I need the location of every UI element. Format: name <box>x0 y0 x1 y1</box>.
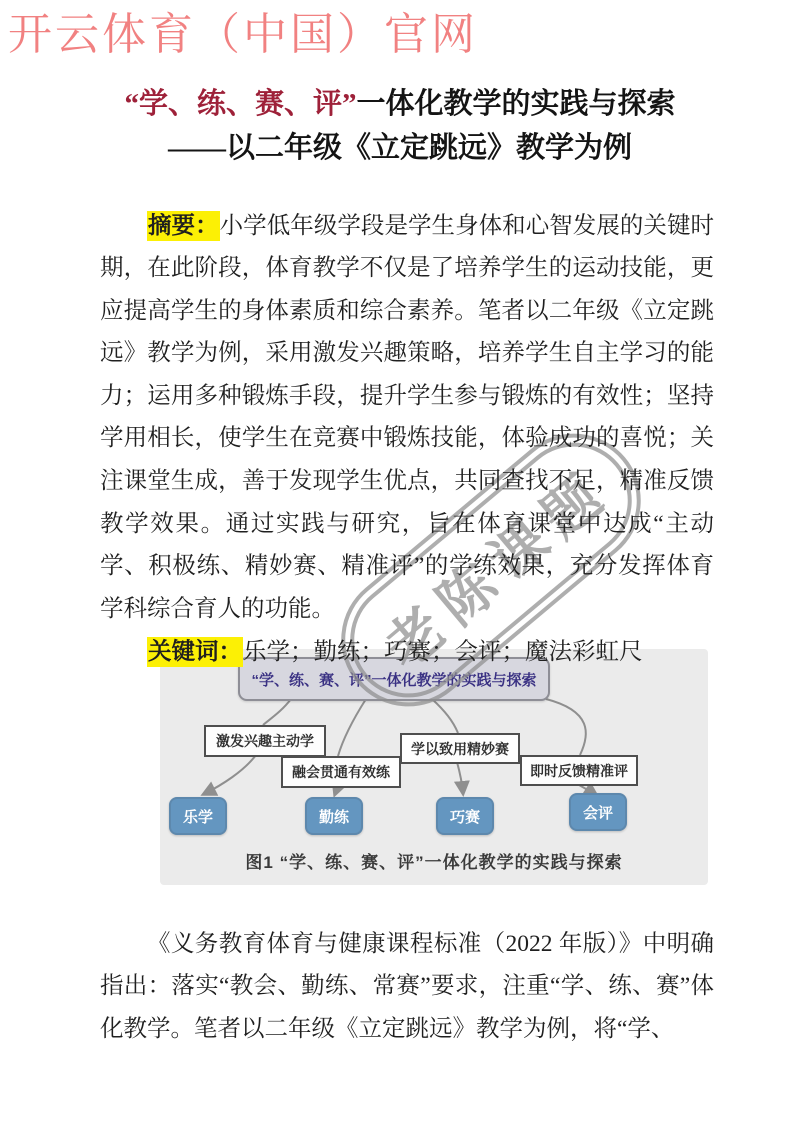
flowchart-outcome-node-1: 乐学 <box>169 797 227 835</box>
document-page: 开云体育（中国）官网 “学、练、赛、评”一体化教学的实践与探索 ——以二年级《立… <box>0 0 800 1131</box>
flowchart-strategy-node-3: 学以致用精妙赛 <box>400 733 520 764</box>
keywords-paragraph: 关键词：乐学；勤练；巧赛；会评；魔法彩虹尺 <box>100 631 714 674</box>
paper-title: “学、练、赛、评”一体化教学的实践与探索 ——以二年级《立定跳远》教学为例 <box>92 82 708 170</box>
title-rest-part: 一体化教学的实践与探索 <box>357 88 676 120</box>
title-quoted-part: “学、练、赛、评” <box>124 88 356 120</box>
abstract-label-highlight: 摘要： <box>147 211 220 241</box>
flowchart-strategy-node-1: 激发兴趣主动学 <box>204 725 326 757</box>
keywords-text: 乐学；勤练；巧赛；会评；魔法彩虹尺 <box>243 639 643 665</box>
abstract-text: 小学低年级学段是学生身体和心智发展的关键时期，在此阶段，体育教学不仅是了培养学生… <box>100 213 714 622</box>
site-watermark-link[interactable]: 开云体育（中国）官网 <box>8 0 478 62</box>
flowchart-strategy-node-2: 融会贯通有效练 <box>281 756 401 788</box>
title-line-1: “学、练、赛、评”一体化教学的实践与探索 <box>92 82 708 126</box>
title-line-2: ——以二年级《立定跳远》教学为例 <box>92 126 708 170</box>
flowchart-strategy-node-4: 即时反馈精准评 <box>520 755 638 786</box>
keywords-label-highlight: 关键词： <box>147 637 243 667</box>
flowchart-outcome-node-2: 勤练 <box>305 797 363 835</box>
flowchart-outcome-node-3: 巧赛 <box>436 797 494 835</box>
flowchart-outcome-node-4: 会评 <box>569 793 627 831</box>
figure-flowchart-image: “学、练、赛、评”一体化教学的实践与探索 激发兴趣主动学 融会贯通有效练 学以致… <box>160 649 708 885</box>
figure-caption: 图1 “学、练、赛、评”一体化教学的实践与探索 <box>160 848 708 873</box>
abstract-paragraph: 摘要：小学低年级学段是学生身体和心智发展的关键时期，在此阶段，体育教学不仅是了培… <box>100 205 714 631</box>
body-paragraph: 《义务教育体育与健康课程标准（2022 年版）》中明确指出：落实“教会、勤练、常… <box>100 923 714 1051</box>
